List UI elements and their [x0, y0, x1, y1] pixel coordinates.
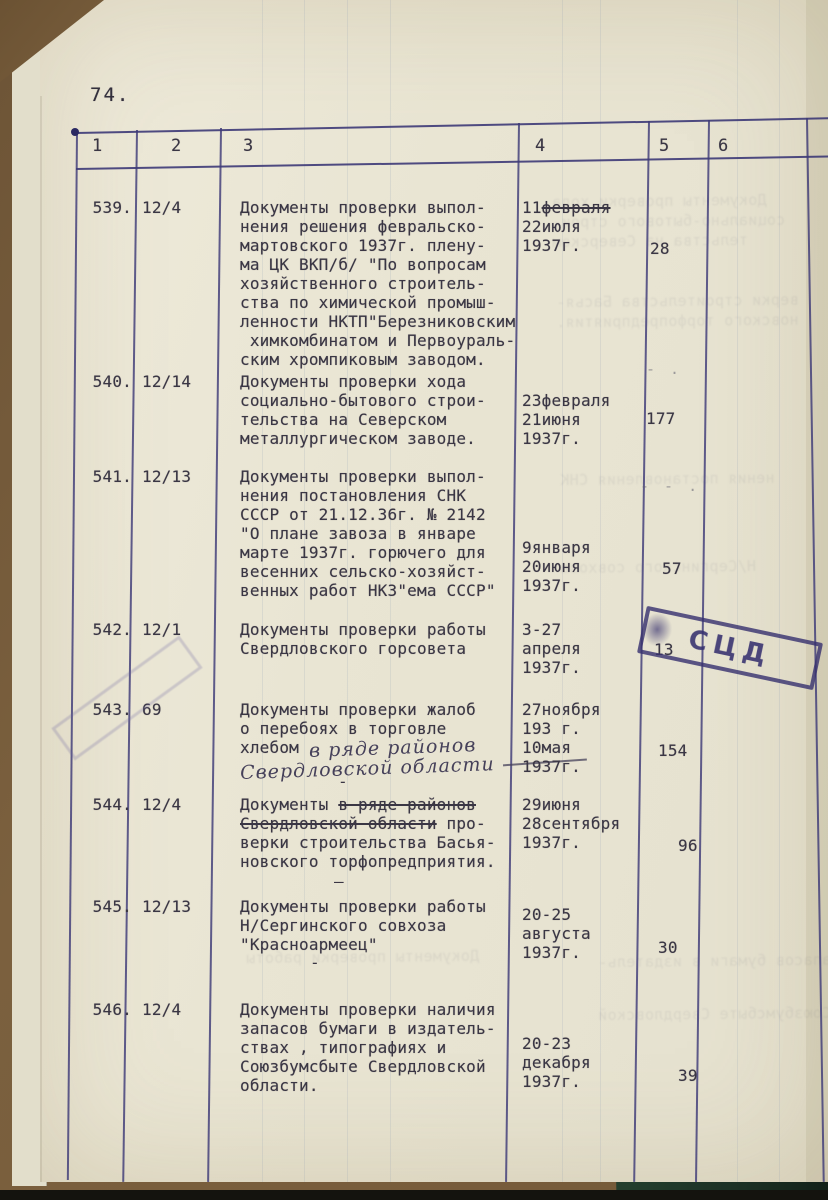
row-number: 539.: [76, 198, 132, 217]
typed-text: 9января: [522, 538, 591, 557]
date-line: 28сентября: [522, 814, 620, 833]
row-index: 12/4: [142, 795, 181, 814]
typed-text: "Красноармеец": [240, 935, 378, 954]
date-line: 1937г.: [522, 943, 581, 962]
date-line: 20-23: [522, 1034, 571, 1053]
description-line: весенних сельско-хозяйст-: [240, 562, 486, 581]
entry-separator-dash: —: [334, 872, 344, 891]
typed-text: ленности НКТП"Березниковским: [240, 312, 515, 331]
typed-text: 11: [522, 198, 542, 217]
row-number: 544.: [76, 795, 132, 814]
row-index: 12/13: [142, 467, 191, 486]
row-number: 541.: [76, 467, 132, 486]
page-number: 74.: [90, 84, 130, 106]
typed-text: ским хромпиковым заводом.: [240, 350, 486, 369]
struck-text: февраля: [542, 198, 611, 217]
typed-text: декабря: [522, 1053, 591, 1072]
typed-text: ма ЦК ВКП/б/ "По вопросам: [240, 255, 486, 274]
description-line: ленности НКТП"Березниковским: [240, 312, 515, 331]
col-header-2: 2: [171, 136, 181, 156]
typed-text: Документы проверки работы: [240, 897, 486, 916]
date-line: 10мая: [522, 738, 571, 757]
bleedthrough-text: верки строительства Басья-: [556, 291, 799, 312]
row-index: 12/4: [142, 198, 181, 217]
entry-separator-dash: -: [310, 953, 320, 972]
date-line: 1937г.: [522, 576, 581, 595]
typed-text: 1937г.: [522, 429, 581, 448]
col-header-6: 6: [718, 136, 728, 156]
date-line: 193 г.: [522, 719, 581, 738]
description-line: венных работ НКЗ"ема СССР": [240, 581, 496, 600]
bleedthrough-text: Н/Сергинского совхоза: [560, 557, 756, 577]
typed-text: о перебоях в торговле: [240, 719, 447, 738]
typed-text: новского торфопредприятия.: [240, 852, 496, 871]
typed-text: Союзбумсбыте Свердловской: [240, 1057, 486, 1076]
typed-text: запасов бумаги в издатель-: [240, 1019, 496, 1038]
typed-text: 1937г.: [522, 833, 581, 852]
typed-text: хозяйственного строитель-: [240, 274, 486, 293]
under-sheet-edge: [40, 96, 42, 1182]
col-header-5: 5: [659, 136, 669, 156]
typed-text: августа: [522, 924, 591, 943]
date-line: 21июня: [522, 410, 581, 429]
typed-text: нения решения февральско-: [240, 217, 486, 236]
date-line: 1937г.: [522, 1072, 581, 1091]
typed-text: Свердловского горсовета: [240, 639, 466, 658]
typed-text: верки строительства Басья-: [240, 833, 496, 852]
typed-text: ства по химической промыш-: [240, 293, 496, 312]
sheet-count: 28: [650, 239, 670, 258]
description-line: Н/Сергинского совхоза: [240, 916, 447, 935]
description-line: Документы проверки выпол-: [240, 198, 486, 217]
description-line: нения постановления СНК: [240, 486, 466, 505]
description-line: Свердловской области про-: [240, 814, 486, 833]
description-line: новского торфопредприятия.: [240, 852, 496, 871]
bleedthrough-text: запасов бумаги в издатель-: [598, 951, 828, 972]
typed-text: Документы: [240, 795, 338, 814]
description-line: марте 1937г. горючего для: [240, 543, 486, 562]
description-line: "О плане завоза в январе: [240, 524, 476, 543]
description-line: химкомбинатом и Первоураль-: [240, 331, 515, 350]
date-line: 22июля: [522, 217, 581, 236]
col-header-1: 1: [92, 136, 102, 156]
typed-text: 23февраля: [522, 391, 611, 410]
struck-text: в ряде районов: [338, 795, 476, 814]
description-line: Документы проверки хода: [240, 372, 466, 391]
entry-separator-dash: -: [338, 772, 348, 791]
typed-text: химкомбинатом и Первоураль-: [240, 331, 515, 350]
sheet-count: 39: [678, 1066, 698, 1085]
typed-text: 22июля: [522, 217, 581, 236]
table-corner-dot: [71, 128, 79, 136]
pencil-mark: - .: [646, 360, 682, 378]
date-line: 1937г.: [522, 658, 581, 677]
description-line: области.: [240, 1076, 319, 1095]
date-line: 20-25: [522, 905, 571, 924]
row-number: 545.: [76, 897, 132, 916]
typed-text: Документы проверки выпол-: [240, 467, 486, 486]
typed-text: 1937г.: [522, 1072, 581, 1091]
typed-text: нения постановления СНК: [240, 486, 466, 505]
date-line: 20июня: [522, 557, 581, 576]
row-index: 12/14: [142, 372, 191, 391]
typed-text: марте 1937г. горючего для: [240, 543, 486, 562]
typed-text: металлургическом заводе.: [240, 429, 476, 448]
description-line: Документы в ряде районов: [240, 795, 476, 814]
date-line: 9января: [522, 538, 591, 557]
typed-text: весенних сельско-хозяйст-: [240, 562, 486, 581]
description-line: металлургическом заводе.: [240, 429, 476, 448]
description-line: "Красноармеец": [240, 935, 378, 954]
sheet-count: 177: [646, 409, 676, 428]
sheet-count: 96: [678, 836, 698, 855]
typed-text: 20июня: [522, 557, 581, 576]
typed-text: Документы проверки выпол-: [240, 198, 486, 217]
date-line: 11февраля: [522, 198, 611, 217]
bleedthrough-text: Союзбумсбыте Свердловской: [598, 1004, 828, 1024]
date-line: 1937г.: [522, 429, 581, 448]
description-line: тельства на Северском: [240, 410, 447, 429]
typed-text: 27ноября: [522, 700, 601, 719]
description-line: Документы проверки работы: [240, 620, 486, 639]
date-line: августа: [522, 924, 591, 943]
typed-text: 3-27: [522, 620, 561, 639]
typed-text: области.: [240, 1076, 319, 1095]
typed-text: хлебом: [240, 738, 309, 757]
typed-text: Документы проверки работы: [240, 620, 486, 639]
description-line: СССР от 21.12.36г. № 2142: [240, 505, 486, 524]
typed-text: венных работ НКЗ"ема СССР": [240, 581, 496, 600]
date-line: 23февраля: [522, 391, 611, 410]
typed-text: ствах , типографиях и: [240, 1038, 447, 1057]
row-number: 542.: [76, 620, 132, 639]
typed-text: 20-25: [522, 905, 571, 924]
ledger-line: [600, 0, 601, 1182]
typed-text: 29июня: [522, 795, 581, 814]
description-line: верки строительства Басья-: [240, 833, 496, 852]
typed-text: "О плане завоза в январе: [240, 524, 476, 543]
typed-text: 1937г.: [522, 943, 581, 962]
date-line: 1937г.: [522, 833, 581, 852]
description-line: нения решения февральско-: [240, 217, 486, 236]
description-line: хозяйственного строитель-: [240, 274, 486, 293]
typed-text: социально-бытового строи-: [240, 391, 486, 410]
description-line: о перебоях в торговле: [240, 719, 447, 738]
description-line: ства по химической промыш-: [240, 293, 496, 312]
struck-text: Свердловской области: [240, 814, 437, 833]
description-line: Свердловского горсовета: [240, 639, 466, 658]
date-line: 1937г.: [522, 236, 581, 255]
typed-text: 1937г.: [522, 658, 581, 677]
row-index: 12/4: [142, 1000, 181, 1019]
col-header-3: 3: [243, 136, 253, 156]
typed-text: мартовского 1937г. плену-: [240, 236, 486, 255]
description-line: ма ЦК ВКП/б/ "По вопросам: [240, 255, 486, 274]
typed-text: Документы проверки жалоб: [240, 700, 476, 719]
typed-text: апреля: [522, 639, 581, 658]
row-number: 540.: [76, 372, 132, 391]
description-line: запасов бумаги в издатель-: [240, 1019, 496, 1038]
description-line: Документы проверки работы: [240, 897, 486, 916]
description-line: мартовского 1937г. плену-: [240, 236, 486, 255]
sheet-count: 30: [658, 938, 678, 957]
scan-bottom-edge: [0, 1190, 828, 1200]
typed-text: 10мая: [522, 738, 571, 757]
typed-text: 21июня: [522, 410, 581, 429]
description-line: социально-бытового строи-: [240, 391, 486, 410]
description-line: Документы проверки выпол-: [240, 467, 486, 486]
date-line: декабря: [522, 1053, 591, 1072]
description-line: Документы проверки жалоб: [240, 700, 476, 719]
pencil-mark: - - .: [640, 477, 700, 495]
typed-text: Документы проверки наличия: [240, 1000, 496, 1019]
sheet-count: 57: [662, 559, 682, 578]
scanned-archive-page: Документы проверки ходасоциально-бытовог…: [0, 0, 828, 1200]
typed-text: Документы проверки хода: [240, 372, 466, 391]
date-line: апреля: [522, 639, 581, 658]
col-header-4: 4: [535, 136, 545, 156]
description-line: Документы проверки наличия: [240, 1000, 496, 1019]
typed-text: 1937г.: [522, 576, 581, 595]
typed-text: про-: [437, 814, 486, 833]
sheet-count: 154: [658, 741, 688, 760]
date-line: 1937г.: [522, 757, 581, 776]
typed-text: СССР от 21.12.36г. № 2142: [240, 505, 486, 524]
date-line: 27ноября: [522, 700, 601, 719]
date-line: 3-27: [522, 620, 561, 639]
typed-text: тельства на Северском: [240, 410, 447, 429]
description-line: Союзбумсбыте Свердловской: [240, 1057, 486, 1076]
typed-text: Н/Сергинского совхоза: [240, 916, 447, 935]
typed-text: 1937г.: [522, 757, 581, 776]
typed-text: 20-23: [522, 1034, 571, 1053]
date-line: 29июня: [522, 795, 581, 814]
typed-text: 193 г.: [522, 719, 581, 738]
description-line: ствах , типографиях и: [240, 1038, 447, 1057]
description-line: ским хромпиковым заводом.: [240, 350, 486, 369]
bleedthrough-text: новского торфопредприятия.: [556, 311, 799, 332]
typed-text: 28сентября: [522, 814, 620, 833]
typed-text: 1937г.: [522, 236, 581, 255]
row-index: 12/1: [142, 620, 181, 639]
stamp-scd-label: СЦД: [686, 625, 775, 672]
row-number: 546.: [76, 1000, 132, 1019]
row-index: 12/13: [142, 897, 191, 916]
